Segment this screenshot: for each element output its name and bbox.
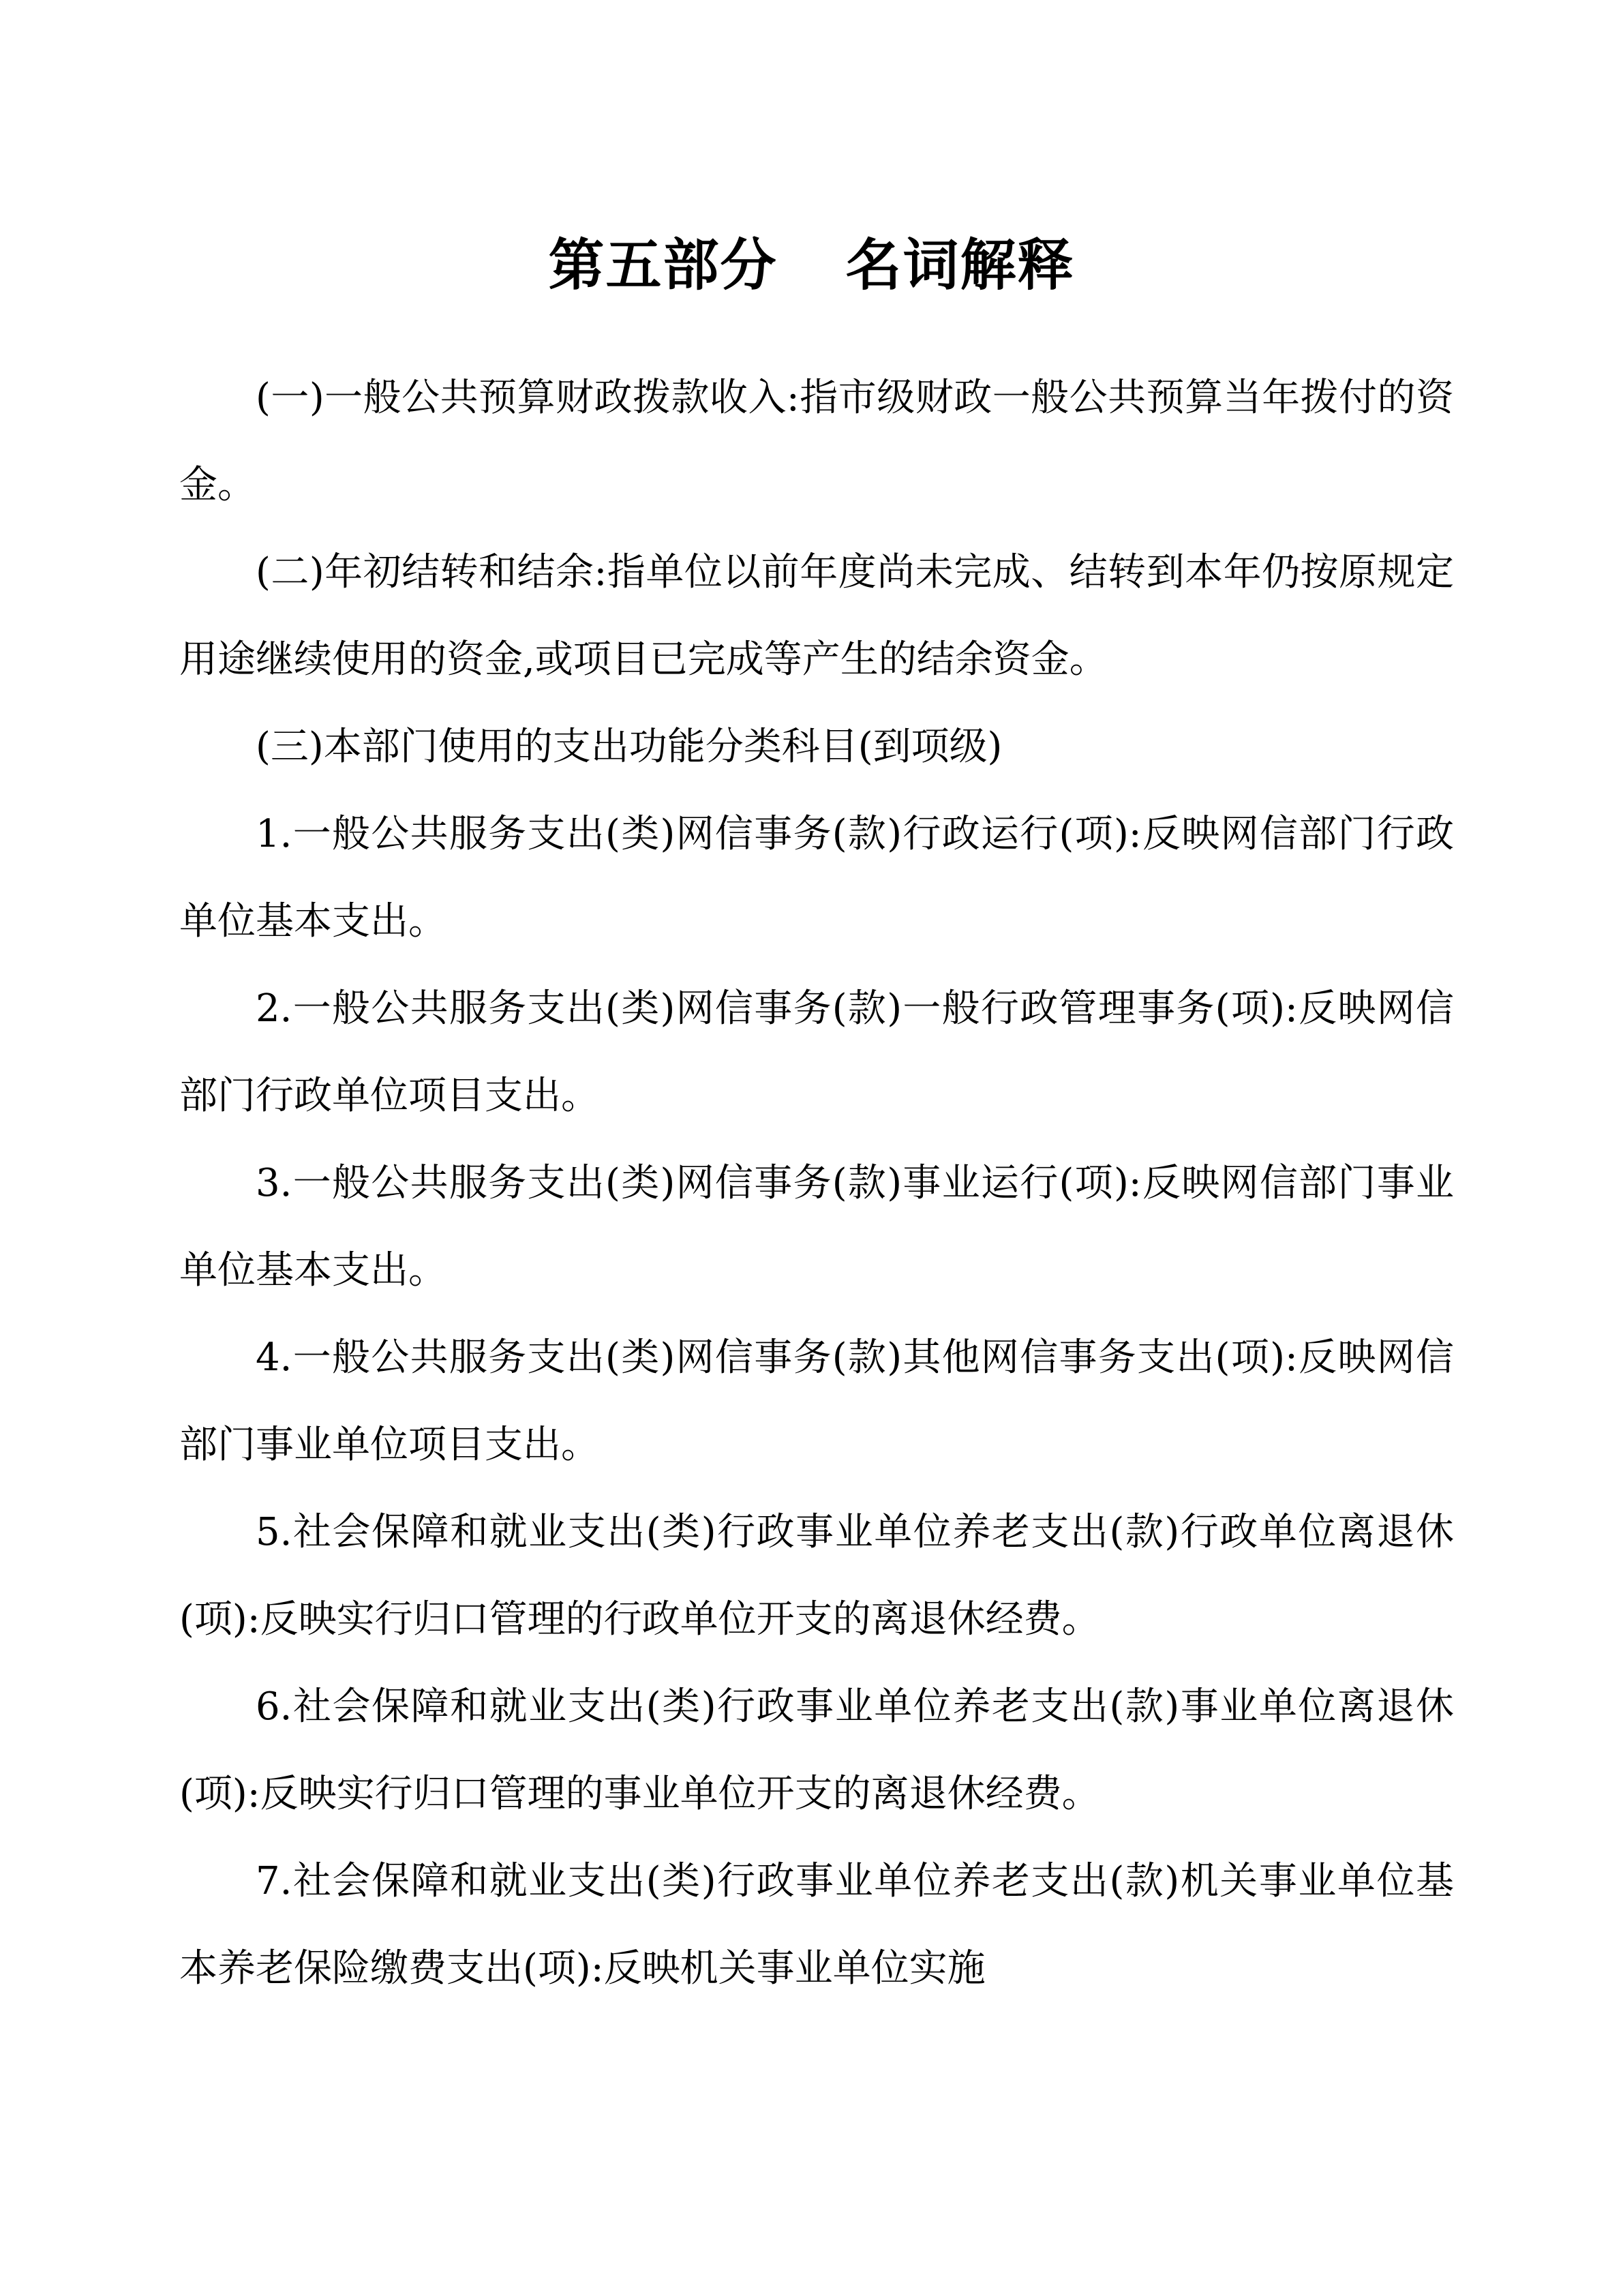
- paragraph-item-2: 2.一般公共服务支出(类)网信事务(款)一般行政管理事务(项):反映网信部门行政…: [179, 965, 1454, 1140]
- paragraph-item-5: 5.社会保障和就业支出(类)行政事业单位养老支出(款)行政单位离退休(项):反映…: [179, 1489, 1454, 1663]
- paragraph-functional-classification-heading: (三)本部门使用的支出功能分类科目(到项级): [179, 704, 1454, 791]
- title-part: 第五部分: [548, 233, 777, 298]
- document-page: 第五部分名词解释 (一)一般公共预算财政拨款收入:指市级财政一般公共预算当年拨付…: [0, 0, 1623, 2296]
- title-name: 名词解释: [846, 233, 1075, 298]
- paragraph-carryover-balance: (二)年初结转和结余:指单位以前年度尚未完成、结转到本年仍按原规定用途继续使用的…: [179, 529, 1454, 704]
- paragraph-general-budget-income: (一)一般公共预算财政拨款收入:指市级财政一般公共预算当年拨付的资金。: [179, 354, 1454, 529]
- paragraph-item-3: 3.一般公共服务支出(类)网信事务(款)事业运行(项):反映网信部门事业单位基本…: [179, 1140, 1454, 1314]
- paragraph-item-6: 6.社会保障和就业支出(类)行政事业单位养老支出(款)事业单位离退休(项):反映…: [179, 1663, 1454, 1838]
- page-title: 第五部分名词解释: [0, 225, 1623, 307]
- paragraph-item-1: 1.一般公共服务支出(类)网信事务(款)行政运行(项):反映网信部门行政单位基本…: [179, 791, 1454, 965]
- paragraph-item-4: 4.一般公共服务支出(类)网信事务(款)其他网信事务支出(项):反映网信部门事业…: [179, 1314, 1454, 1489]
- document-body: (一)一般公共预算财政拨款收入:指市级财政一般公共预算当年拨付的资金。 (二)年…: [179, 354, 1454, 2012]
- paragraph-item-7: 7.社会保障和就业支出(类)行政事业单位养老支出(款)机关事业单位基本养老保险缴…: [179, 1838, 1454, 2012]
